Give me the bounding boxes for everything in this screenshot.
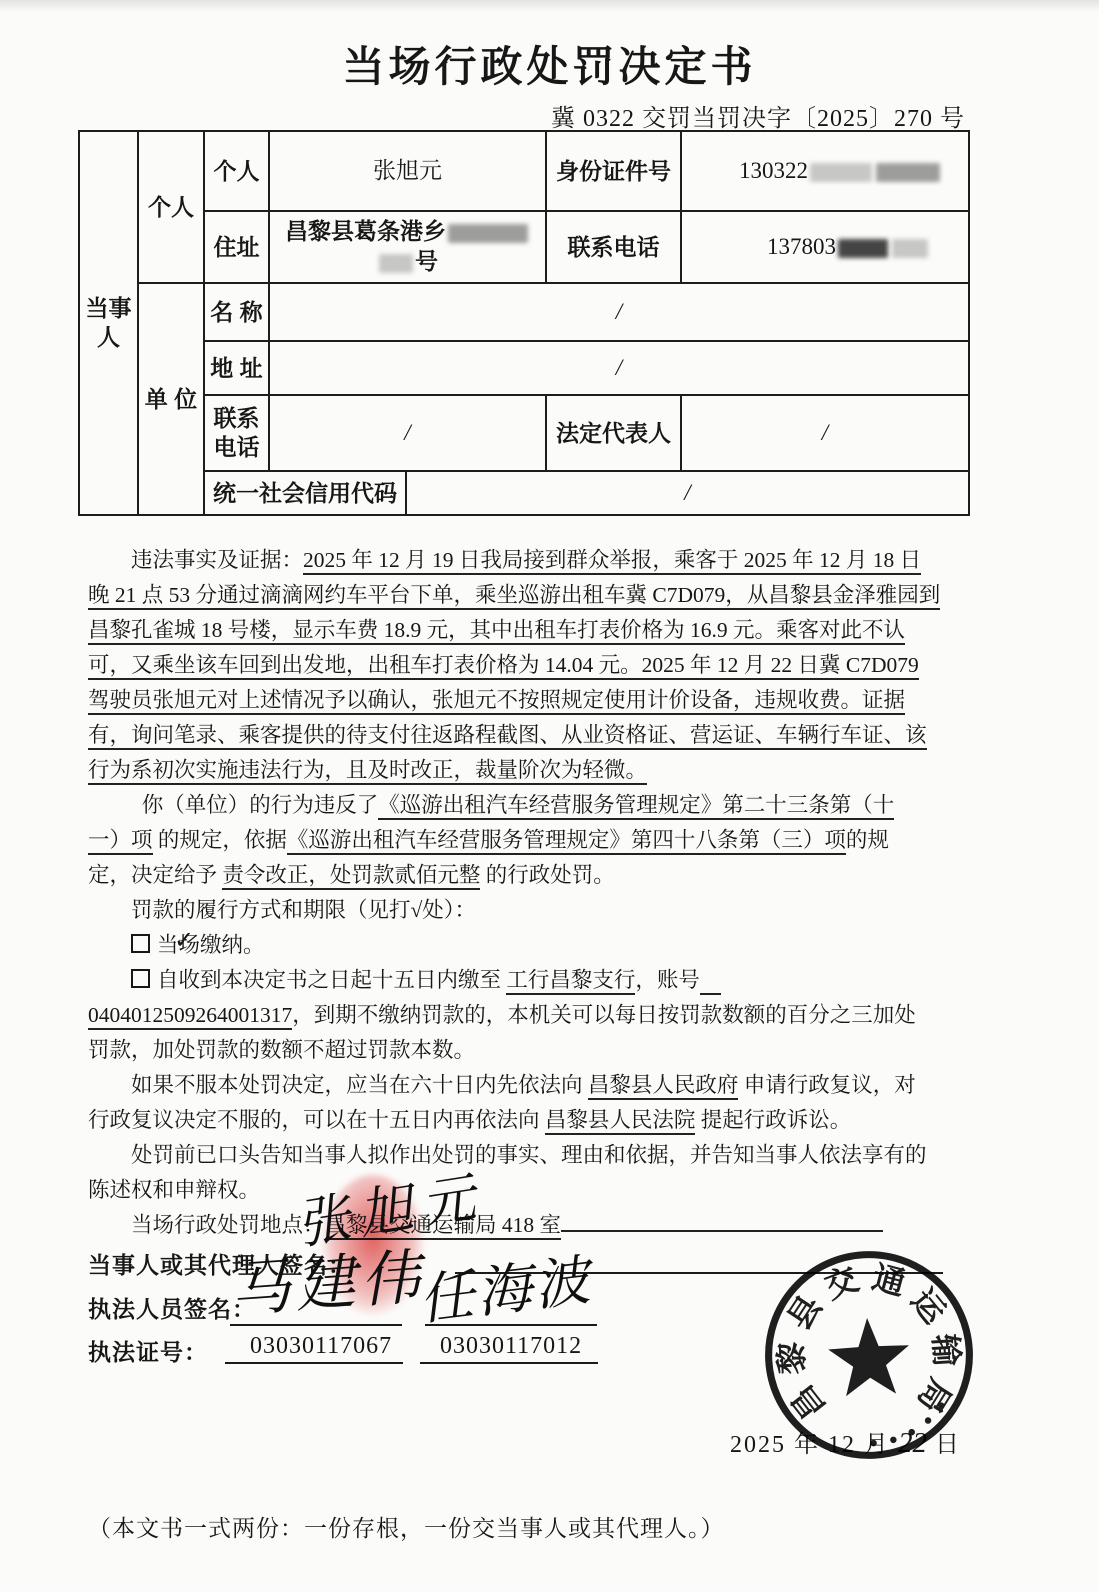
svg-text:通: 通	[868, 1259, 909, 1302]
id-number-label: 身份证件号	[546, 131, 681, 211]
body-text-segment: 责令改正，处罚款贰佰元整	[222, 863, 480, 890]
body-text-segment: 昌黎县人民法院	[545, 1108, 696, 1135]
table-row: 统一社会信用代码 /	[79, 471, 969, 515]
penalty-decision-document: 当场行政处罚决定书 冀 0322 交罚当罚决字〔2025〕270 号 当事人 个…	[0, 0, 1099, 1592]
redaction-block	[810, 163, 872, 182]
license-number-label: 执法证号：	[88, 1334, 208, 1367]
body-text-segment: 晚 21 点 53 分通过滴滴网约车平台下单，乘坐巡游出租车冀 C7D079，从…	[88, 583, 940, 610]
officer-handwritten-signature-2: 任海波	[414, 1236, 596, 1336]
body-text-segment: 陈述权和申辩权。	[88, 1178, 260, 1202]
unit-address-value: /	[269, 341, 969, 395]
table-row: 住址 昌黎县葛条港乡 号 联系电话 137803	[79, 211, 969, 283]
body-line: 违法事实及证据：2025 年 12 月 19 日我局接到群众举报，乘客于 202…	[88, 543, 968, 578]
body-text-segment: 有，询问笔录、乘客提供的待支付往返路程截图、从业资格证、营运证、车辆行车证、该	[88, 723, 927, 750]
body-line: 罚款的履行方式和期限（见打√处）：	[88, 893, 968, 928]
body-line: 昌黎孔雀城 18 号楼，显示车费 18.9 元，其中出租车打表价格为 16.9 …	[88, 613, 968, 648]
body-text-segment: 《巡游出租汽车经营服务管理规定》第二十三条第（十	[378, 793, 894, 820]
body-line: 处罚前已口头告知当事人拟作出处罚的事实、理由和依据，并告知当事人依法享有的	[88, 1138, 968, 1173]
checkbox-empty	[131, 969, 150, 988]
redaction-block	[448, 224, 528, 243]
id-number-value: 130322	[681, 131, 969, 211]
body-line: 行政复议决定不服的，可以在十五日内再依法向 昌黎县人民法院 提起行政诉讼。	[88, 1103, 968, 1138]
body-text-segment: 行为系初次实施违法行为，且及时改正，裁量阶次为轻微。	[88, 758, 647, 785]
body-text-segment: 提起行政诉讼。	[695, 1108, 851, 1132]
body-line: 有，询问笔录、乘客提供的待支付往返路程截图、从业资格证、营运证、车辆行车证、该	[88, 718, 968, 753]
body-line: 陈述权和申辩权。	[88, 1173, 968, 1208]
footer-note: （本文书一式两份：一份存根，一份交当事人或其代理人。）	[88, 1510, 725, 1543]
party-info-table: 当事人 个人 个人 张旭元 身份证件号 130322 住址 昌黎县葛条港乡 号 …	[78, 130, 970, 516]
unit-phone-value: /	[269, 395, 546, 471]
svg-text:输: 输	[927, 1332, 966, 1368]
license-number-line-1	[225, 1362, 403, 1364]
body-text-segment: 0404012509264001317	[88, 1003, 292, 1030]
body-text-segment: 你（单位）的行为违反了	[142, 793, 379, 817]
body-text-segment: 处罚前已口头告知当事人拟作出处罚的事实、理由和依据，并告知当事人依法享有的	[131, 1143, 927, 1167]
body-line: 行为系初次实施违法行为，且及时改正，裁量阶次为轻微。	[88, 753, 968, 788]
body-text-segment: 的行政处罚。	[480, 863, 614, 887]
body-line: 一）项 的规定，依据《巡游出租汽车经营服务管理规定》第四十八条第（三）项的规	[88, 823, 968, 858]
legal-rep-value: /	[681, 395, 969, 471]
body-line: 罚款，加处罚款的数额不超过罚款本数。	[88, 1033, 968, 1068]
body-text-segment: 可，又乘坐该车回到出发地，出租车打表价格为 14.04 元。2025 年 12 …	[88, 653, 919, 680]
body-lines: 违法事实及证据：2025 年 12 月 19 日我局接到群众举报，乘客于 202…	[88, 543, 968, 1243]
license-number-2: 03030117012	[440, 1333, 582, 1360]
table-row: 单 位 名 称 /	[79, 283, 969, 341]
personal-group-cell: 个人	[138, 131, 204, 283]
unit-group-cell: 单 位	[138, 283, 204, 515]
body-text-segment: 驾驶员张旭元对上述情况予以确认，张旭元不按照规定使用计价设备，违规收费。证据	[88, 688, 905, 715]
table-row: 联系电话 / 法定代表人 /	[79, 395, 969, 471]
official-stamp-seal: 昌黎县交通运输局	[754, 1240, 983, 1469]
body-text-segment: 2025 年 12 月 19 日我局接到群众举报，乘客于 2025 年 12 月…	[303, 548, 921, 575]
body-text-segment: 工行昌黎支行	[506, 968, 635, 995]
body-line: 晚 21 点 53 分通过滴滴网约车平台下单，乘坐巡游出租车冀 C7D079，从…	[88, 578, 968, 613]
body-text-segment	[700, 968, 722, 995]
body-text-segment: 行政复议决定不服的，可以在十五日内再依法向	[88, 1108, 545, 1132]
legal-rep-label: 法定代表人	[546, 395, 681, 471]
body-text-segment: 昌黎县人民政府	[588, 1073, 739, 1100]
document-number: 冀 0322 交罚当罚决字〔2025〕270 号	[551, 98, 965, 133]
body-text-segment: 如果不服本处罚决定，应当在六十日内先依法向	[131, 1073, 588, 1097]
body-line: 0404012509264001317，到期不缴纳罚款的，本机关可以每日按罚款数…	[88, 998, 968, 1033]
phone-label: 联系电话	[546, 211, 681, 283]
credit-code-value: /	[406, 471, 969, 515]
body-text-segment: 申请行政复议，对	[738, 1073, 915, 1097]
redaction-block	[838, 239, 888, 258]
svg-text:黎: 黎	[773, 1341, 810, 1375]
address-visible: 昌黎县葛条港乡	[285, 218, 446, 244]
phone-value: 137803	[681, 211, 969, 283]
body-text-segment: 定，决定给予	[88, 863, 222, 887]
address-label: 住址	[204, 211, 269, 283]
license-number-1: 03030117067	[250, 1333, 392, 1360]
body-text-segment: ，到期不缴纳罚款的，本机关可以每日按罚款数额的百分之三加处	[292, 1003, 916, 1027]
body-text-segment: 《巡游出租汽车经营服务管理规定》第四十八条第（三）项	[287, 828, 846, 855]
unit-phone-label: 联系电话	[204, 395, 269, 471]
redaction-block	[876, 163, 940, 182]
body-line: 如果不服本处罚决定，应当在六十日内先依法向 昌黎县人民政府 申请行政复议，对	[88, 1068, 968, 1103]
body-line: ✓当场缴纳。	[88, 928, 968, 963]
redaction-block	[379, 254, 413, 273]
credit-code-label: 统一社会信用代码	[204, 471, 406, 515]
table-row: 当事人 个人 个人 张旭元 身份证件号 130322	[79, 131, 969, 211]
body-line: 定，决定给予 责令改正，处罚款贰佰元整 的行政处罚。	[88, 858, 968, 893]
body-text-segment: 的规	[846, 828, 889, 852]
body-text-segment: 一）项	[88, 828, 153, 855]
address-suffix: 号	[415, 248, 438, 274]
body-line: 自收到本决定书之日起十五日内缴至 工行昌黎支行，账号	[88, 963, 968, 998]
body-text-segment: ，账号	[635, 968, 700, 992]
body-text-segment: 罚款，加处罚款的数额不超过罚款本数。	[88, 1038, 475, 1062]
redaction-block	[892, 239, 928, 258]
body-text-segment	[561, 1227, 883, 1232]
unit-name-value: /	[269, 283, 969, 341]
checkbox-checked: ✓	[131, 934, 150, 953]
body-line: 驾驶员张旭元对上述情况予以确认，张旭元不按照规定使用计价设备，违规收费。证据	[88, 683, 968, 718]
body-text-segment: 罚款的履行方式和期限（见打√处）：	[131, 898, 476, 922]
party-header-cell: 当事人	[79, 131, 138, 515]
stamp-star	[827, 1316, 912, 1397]
address-value: 昌黎县葛条港乡 号	[269, 211, 546, 283]
body-text-segment: 违法事实及证据：	[131, 548, 303, 572]
officer-handwritten-signature-1: 马建伟	[227, 1229, 428, 1328]
body-line: 当场行政处罚地点：昌黎县交通运输局 418 室	[88, 1208, 968, 1243]
personal-name-label: 个人	[204, 131, 269, 211]
body-text-segment: 的规定，依据	[153, 828, 287, 852]
body-text-segment: 昌黎孔雀城 18 号楼，显示车费 18.9 元，其中出租车打表价格为 16.9 …	[88, 618, 905, 645]
unit-name-label: 名 称	[204, 283, 269, 341]
table-row: 地 址 /	[79, 341, 969, 395]
personal-name-value: 张旭元	[269, 131, 546, 211]
license-number-line-2	[420, 1362, 598, 1364]
body-line: 可，又乘坐该车回到出发地，出租车打表价格为 14.04 元。2025 年 12 …	[88, 648, 968, 683]
body-line: 你（单位）的行为违反了《巡游出租汽车经营服务管理规定》第二十三条第（十	[88, 788, 968, 823]
document-title: 当场行政处罚决定书	[0, 34, 1099, 94]
id-number-visible: 130322	[739, 158, 808, 183]
body-text-segment: 自收到本决定书之日起十五日内缴至	[157, 968, 506, 992]
unit-address-label: 地 址	[204, 341, 269, 395]
phone-visible: 137803	[767, 234, 836, 259]
